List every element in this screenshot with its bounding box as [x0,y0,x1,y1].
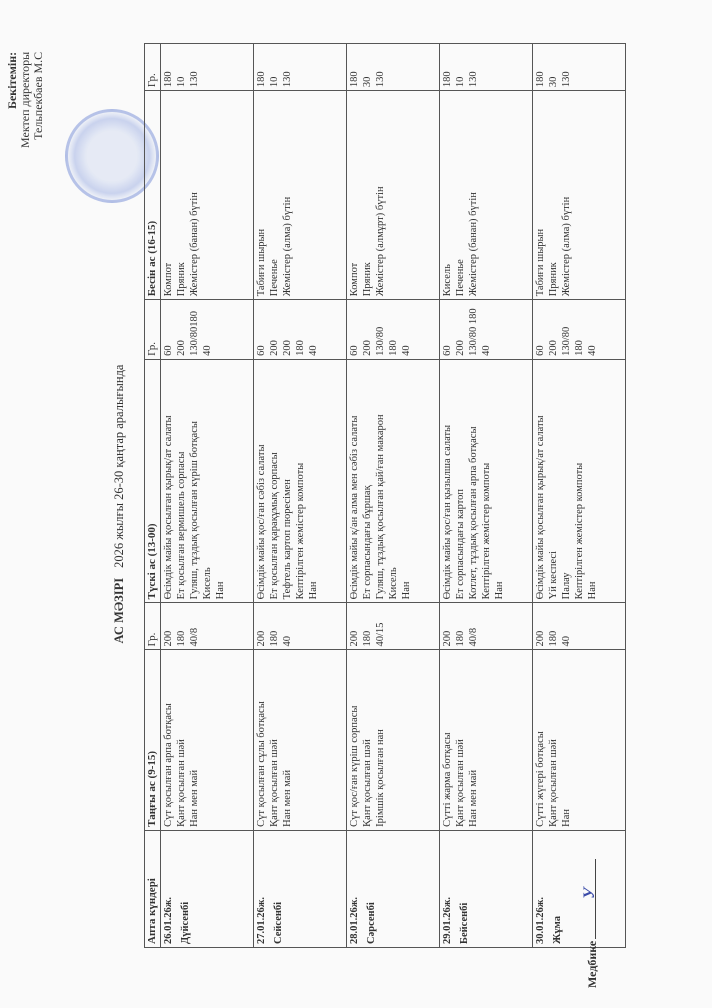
snack-cell: КисельПеченьеЖемістер (банан) бүтін [440,91,533,300]
header-cell: Бесін ас (16-15) [145,91,161,300]
snack-grams-cell-line: 130 [281,47,294,87]
approval-block: Бекітемін: Мектеп директоры Тельпекбаев … [6,52,45,148]
snack-grams-cell-line: 130 [188,47,201,87]
breakfast-grams-cell: 20018040/8 [161,603,254,650]
breakfast-grams-cell-line: 180 [175,606,188,646]
lunch-grams-cell-line: 40 [586,303,599,356]
lunch-grams-cell-line: 40 [400,303,413,356]
lunch-cell-line: Үй кеспесі [547,363,560,600]
lunch-grams-cell-line: 130/80 [374,303,387,356]
snack-cell-line: Табиғи шырын [534,94,547,296]
lunch-cell-line: Гуляш, тұздық қосылған қай/ған макарон [374,363,387,600]
header-cell: Таңғы ас (9-15) [145,650,161,830]
breakfast-grams-cell-line: 40/8 [467,606,480,646]
lunch-cell-line: Кептірілген жемістер компоты [573,363,586,600]
breakfast-grams-cell-line: 40 [560,606,573,646]
lunch-cell-line: Нан [307,363,320,600]
header-cell: Апта күндері [145,830,161,947]
snack-grams-cell: 18030130 [347,44,440,91]
table-row: 27.01.26ж.СейсенбіСүт қосылған сұлы ботқ… [254,44,347,948]
breakfast-grams-cell-line: 40/8 [188,606,201,646]
header-cell: Гр. [145,300,161,360]
lunch-cell-line: Өсімдік майы қосылған қырық/ат салаты [162,363,175,600]
snack-grams-cell-line: 180 [255,47,268,87]
breakfast-grams-cell: 20018040/8 [440,603,533,650]
lunch-grams-cell-line: 180 [294,303,307,356]
breakfast-cell-line: Қант қосылған шәй [268,653,281,826]
breakfast-grams-cell-line: 200 [255,606,268,646]
breakfast-cell-line: Қант қосылған шәй [454,653,467,826]
breakfast-grams-cell: 20018040 [533,603,626,650]
lunch-cell-line: Өсімдік майы қос/ған қызылша салаты [441,363,454,600]
day-cell-line: Бейсенбі [458,834,471,944]
lunch-grams-cell: 60200130/8018040 [161,300,254,360]
lunch-grams-cell-line: 200 [454,303,467,356]
lunch-cell-line: Кептірілген жемістер компоты [480,363,493,600]
breakfast-cell: Сүт қос/ған күріш сорпасыҚант қосылған ш… [347,650,440,830]
lunch-cell-line: Нан [400,363,413,600]
lunch-cell: Өсімдік майы қос/ған қызылша салатыЕт со… [440,359,533,603]
day-cell-line: 26.01.26ж. [162,834,175,944]
lunch-cell-line: Кисель [387,363,400,600]
breakfast-cell-line: Қант қосылған шәй [361,653,374,826]
snack-grams-cell-line: 130 [374,47,387,87]
lunch-cell-line: Кептірілген жемістер компоты [294,363,307,600]
lunch-cell-line: Нан [214,363,227,600]
lunch-grams-cell-line: 200 [281,303,294,356]
lunch-grams-cell: 60200130/8018040 [347,300,440,360]
lunch-grams-cell-line: 60 [162,303,175,356]
day-cell-line: Дүйсенбі [179,834,192,944]
breakfast-cell-line: Сүт қос/ған күріш сорпасы [348,653,361,826]
lunch-grams-cell-line: 60 [441,303,454,356]
lunch-grams-cell-line: 180 [387,303,400,356]
breakfast-grams-cell-line: 180 [268,606,281,646]
title-period: 2026 жылғы 26-30 қаңтар аралығында [112,365,126,568]
snack-cell-line: Компот [162,94,175,296]
lunch-grams-cell-line: 200 [268,303,281,356]
snack-cell: Табиғи шырынПряникЖемістер (алма) бүтін [533,91,626,300]
breakfast-cell-line: Сүтті жүгері ботқасы [534,653,547,826]
day-cell: 28.01.26ж.Сәрсенбі [347,830,440,947]
breakfast-cell-line: Ірімшік қосылған нан [374,653,387,826]
day-cell-line: Сейсенбі [272,834,285,944]
nurse-signature-block: МедбикеУ [585,859,600,988]
menu-sheet: Бекітемін: Мектеп директоры Тельпекбаев … [0,0,712,1008]
lunch-grams-cell: 6020020018040 [254,300,347,360]
breakfast-grams-cell-line: 200 [162,606,175,646]
snack-grams-cell-line: 180 [534,47,547,87]
lunch-grams-cell-line: 200 [547,303,560,356]
snack-cell-line: Табиғи шырын [255,94,268,296]
day-cell-line: 28.01.26ж. [348,834,361,944]
snack-grams-cell-line: 30 [547,47,560,87]
table-row: 26.01.26ж.ДүйсенбіСүт қосылған арпа ботқ… [161,44,254,948]
snack-grams-cell: 18010130 [254,44,347,91]
breakfast-grams-cell-line: 200 [348,606,361,646]
breakfast-grams-cell-line: 180 [547,606,560,646]
breakfast-grams-cell-line: 40/15 [374,606,387,646]
lunch-grams-cell-line: 40 [307,303,320,356]
lunch-grams-cell-line: 60 [534,303,547,356]
snack-cell-line: Жемістер (алма) бүтін [281,94,294,296]
page-title: АС МӘЗІРІ2026 жылғы 26-30 қаңтар аралығы… [112,0,127,1008]
lunch-cell-line: Тефтель картоп пюресімен [281,363,294,600]
snack-grams-cell-line: 130 [467,47,480,87]
table-header-row: Апта күндері Таңғы ас (9-15) Гр. Түскі а… [145,44,161,948]
lunch-cell: Өсімдік майы қос/ған сәбіз салатыЕт қосы… [254,359,347,603]
breakfast-cell: Сүтті жарма ботқасыҚант қосылған шәйНан … [440,650,533,830]
snack-cell-line: Компот [348,94,361,296]
snack-cell: Табиғи шырынПеченьеЖемістер (алма) бүтін [254,91,347,300]
breakfast-cell-line: Нан мен май [188,653,201,826]
lunch-cell-line: Өсімдік майы қосылған қырық/ат салаты [534,363,547,600]
lunch-grams-cell-line: 60 [255,303,268,356]
lunch-cell-line: Кисель [201,363,214,600]
lunch-cell: Өсімдік майы қосылған қырық/ат салатыҮй … [533,359,626,603]
lunch-cell-line: Ет қосылған вермишель сорпасы [175,363,188,600]
breakfast-grams-cell-line: 180 [361,606,374,646]
snack-cell-line: Печенье [454,94,467,296]
lunch-grams-cell-line: 180 [573,303,586,356]
day-cell-line: 30.01.26ж. [534,834,547,944]
day-cell-line: 27.01.26ж. [255,834,268,944]
snack-cell-line: Жемістер (алма) бүтін [560,94,573,296]
snack-cell-line: Пряник [361,94,374,296]
breakfast-grams-cell-line: 200 [534,606,547,646]
breakfast-grams-cell-line: 40 [281,606,294,646]
breakfast-grams-cell: 20018040 [254,603,347,650]
title-main: АС МӘЗІРІ [112,578,126,644]
snack-grams-cell-line: 10 [454,47,467,87]
day-cell: 27.01.26ж.Сейсенбі [254,830,347,947]
snack-grams-cell-line: 10 [175,47,188,87]
day-cell: 30.01.26ж.Жұма [533,830,626,947]
approval-name: Тельпекбаев М.С [32,52,45,148]
breakfast-cell: Сүтті жүгері ботқасыҚант қосылған шәйНан [533,650,626,830]
nurse-label: Медбике [585,941,599,988]
snack-grams-cell: 18010130 [161,44,254,91]
breakfast-cell-line: Қант қосылған шәй [175,653,188,826]
table-row: 29.01.26ж.БейсенбіСүтті жарма ботқасыҚан… [440,44,533,948]
snack-cell-line: Пряник [547,94,560,296]
lunch-cell: Өсімдік майы қосылған қырық/ат салатыЕт … [161,359,254,603]
snack-cell: КомпотПряникЖемістер (банан) бүтін [161,91,254,300]
breakfast-grams-cell: 20018040/15 [347,603,440,650]
breakfast-cell-line: Сүтті жарма ботқасы [441,653,454,826]
lunch-cell-line: Өсімдік майы қос/ған сәбіз салаты [255,363,268,600]
breakfast-cell-line: Сүт қосылған сұлы ботқасы [255,653,268,826]
lunch-cell-line: Гуляш, тұздық қосылған күріш ботқасы [188,363,201,600]
snack-grams-cell-line: 180 [162,47,175,87]
snack-cell-line: Жемістер (алмұрт) бүтін [374,94,387,296]
day-cell: 26.01.26ж.Дүйсенбі [161,830,254,947]
breakfast-cell-line: Қант қосылған шәй [547,653,560,826]
signature: У [581,888,599,899]
lunch-cell-line: Ет сорпасындағы картоп [454,363,467,600]
snack-cell-line: Жемістер (банан) бүтін [467,94,480,296]
lunch-grams-cell-line: 130/80 180 [467,303,480,356]
breakfast-cell-line: Нан мен май [467,653,480,826]
snack-cell-line: Жемістер (банан) бүтін [188,94,201,296]
day-cell: 29.01.26ж.Бейсенбі [440,830,533,947]
lunch-grams-cell-line: 200 [175,303,188,356]
signature-line: У [595,859,596,939]
lunch-cell-line: Котлет, тұздық қосылған арпа ботқасы [467,363,480,600]
lunch-grams-cell-line: 60 [348,303,361,356]
lunch-cell-line: Нан [493,363,506,600]
lunch-grams-cell-line: 130/80 [560,303,573,356]
lunch-cell-line: Ет қосылған қарақұмық сорпасы [268,363,281,600]
table-row: 28.01.26ж.СәрсенбіСүт қос/ған күріш сорп… [347,44,440,948]
snack-grams-cell-line: 130 [560,47,573,87]
snack-cell-line: Печенье [268,94,281,296]
snack-grams-cell-line: 30 [361,47,374,87]
lunch-cell-line: Палау [560,363,573,600]
header-cell: Гр. [145,603,161,650]
header-cell: Гр. [145,44,161,91]
snack-grams-cell-line: 10 [268,47,281,87]
lunch-cell-line: Ет сорпасындағы бұршақ [361,363,374,600]
day-cell-line: Жұма [551,834,564,944]
day-cell-line: Сәрсенбі [365,834,378,944]
snack-cell-line: Пряник [175,94,188,296]
snack-grams-cell-line: 180 [441,47,454,87]
lunch-grams-cell-line: 40 [201,303,214,356]
breakfast-cell: Сүт қосылған арпа ботқасыҚант қосылған ш… [161,650,254,830]
snack-cell: КомпотПряникЖемістер (алмұрт) бүтін [347,91,440,300]
lunch-cell: Өсімдік майы қ/ан алма мен сәбіз салатыЕ… [347,359,440,603]
breakfast-cell-line: Нан [560,653,573,826]
header-cell: Түскі ас (13-00) [145,359,161,603]
snack-cell-line: Кисель [441,94,454,296]
snack-grams-cell-line: 180 [348,47,361,87]
lunch-grams-cell-line: 40 [480,303,493,356]
breakfast-cell-line: Нан мен май [281,653,294,826]
breakfast-grams-cell-line: 180 [454,606,467,646]
lunch-cell-line: Өсімдік майы қ/ан алма мен сәбіз салаты [348,363,361,600]
snack-grams-cell: 18030130 [533,44,626,91]
breakfast-cell-line: Сүт қосылған арпа ботқасы [162,653,175,826]
breakfast-grams-cell-line: 200 [441,606,454,646]
table-row: 30.01.26ж.ЖұмаСүтті жүгері ботқасыҚант қ… [533,44,626,948]
lunch-grams-cell-line: 200 [361,303,374,356]
menu-table: Апта күндері Таңғы ас (9-15) Гр. Түскі а… [144,43,626,948]
lunch-grams-cell: 60200130/80 18040 [440,300,533,360]
lunch-grams-cell-line: 130/80180 [188,303,201,356]
lunch-cell-line: Нан [586,363,599,600]
breakfast-cell: Сүт қосылған сұлы ботқасыҚант қосылған ш… [254,650,347,830]
day-cell-line: 29.01.26ж. [441,834,454,944]
lunch-grams-cell: 60200130/8018040 [533,300,626,360]
snack-grams-cell: 18010130 [440,44,533,91]
